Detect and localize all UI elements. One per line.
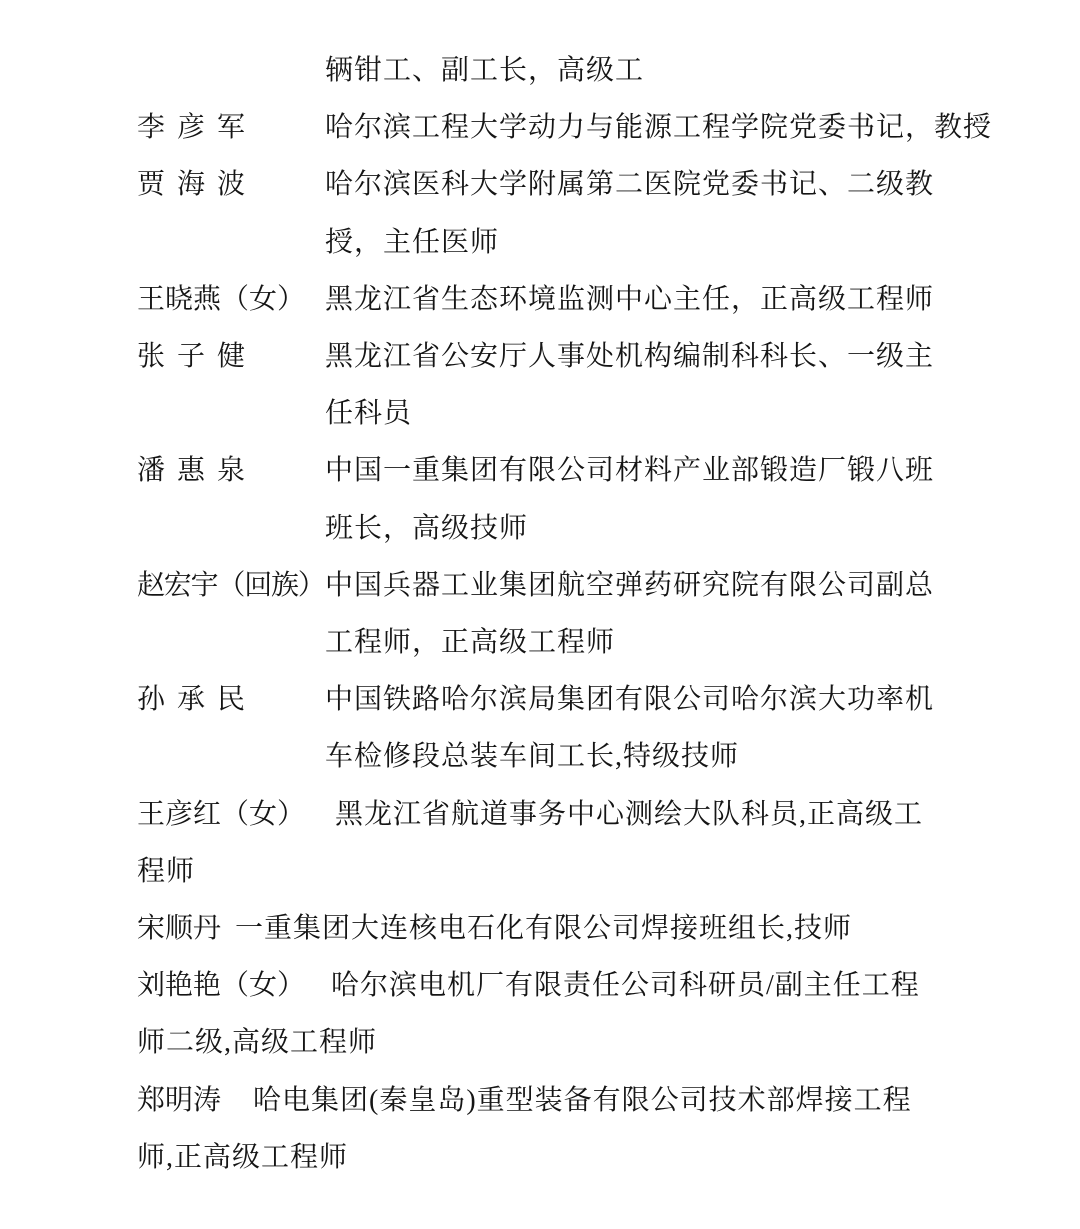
person-title: 车检修段总装车间工长,特级技师	[325, 741, 739, 773]
person-title: 程师	[137, 856, 195, 888]
person-title: 黑龙江省生态环境监测中心主任，正高级工程师	[325, 284, 934, 316]
person-entry-row: 张子健 黑龙江省公安厅人事处机构编制科科长、一级主	[137, 341, 934, 373]
person-name: 王彦红（女）	[137, 799, 305, 831]
person-title: 班长，高级技师	[325, 513, 528, 545]
person-title: 哈尔滨工程大学动力与能源工程学院党委书记，教授	[325, 112, 992, 144]
person-entry-row: 赵宏宇（回族） 中国兵器工业集团航空弹药研究院有限公司副总	[137, 570, 934, 602]
continuation-row: 辆钳工、副工长，高级工	[325, 55, 644, 87]
person-title: 中国铁路哈尔滨局集团有限公司哈尔滨大功率机	[325, 684, 934, 716]
continuation-row: 工程师，正高级工程师	[325, 627, 615, 659]
person-name: 宋顺丹	[137, 913, 221, 945]
person-entry-row: 王彦红（女） 黑龙江省航道事务中心测绘大队科员,正高级工	[137, 799, 923, 831]
person-name: 孙承民	[137, 684, 325, 716]
continuation-row: 任科员	[325, 398, 412, 430]
person-entry-row: 王晓燕（女） 黑龙江省生态环境监测中心主任，正高级工程师	[137, 284, 934, 316]
person-title: 中国兵器工业集团航空弹药研究院有限公司副总	[325, 570, 934, 602]
person-entry-row: 刘艳艳（女） 哈尔滨电机厂有限责任公司科研员/副主任工程	[137, 970, 920, 1002]
person-title: 工程师，正高级工程师	[325, 627, 615, 659]
continuation-row: 程师	[137, 856, 195, 888]
person-entry-row: 贾海波 哈尔滨医科大学附属第二医院党委书记、二级教	[137, 169, 934, 201]
person-title: 授，主任医师	[325, 227, 499, 259]
person-entry-row: 宋顺丹 一重集团大连核电石化有限公司焊接班组长,技师	[137, 913, 852, 945]
person-name: 贾海波	[137, 169, 325, 201]
person-title: 中国一重集团有限公司材料产业部锻造厂锻八班	[325, 455, 934, 487]
person-entry-row: 孙承民 中国铁路哈尔滨局集团有限公司哈尔滨大功率机	[137, 684, 934, 716]
person-entry-row: 郑明涛 哈电集团(秦皇岛)重型装备有限公司技术部焊接工程	[137, 1085, 912, 1117]
person-title: 一重集团大连核电石化有限公司焊接班组长,技师	[235, 913, 852, 945]
person-entry-row: 潘惠泉 中国一重集团有限公司材料产业部锻造厂锻八班	[137, 455, 934, 487]
continuation-row: 师二级,高级工程师	[137, 1027, 377, 1059]
person-title: 辆钳工、副工长，高级工	[325, 55, 644, 87]
person-name: 李彦军	[137, 112, 325, 144]
person-title: 黑龙江省航道事务中心测绘大队科员,正高级工	[335, 799, 923, 831]
person-title: 师二级,高级工程师	[137, 1027, 377, 1059]
person-name: 张子健	[137, 341, 325, 373]
person-title: 任科员	[325, 398, 412, 430]
continuation-row: 班长，高级技师	[325, 513, 528, 545]
continuation-row: 车检修段总装车间工长,特级技师	[325, 741, 739, 773]
person-name: 郑明涛	[137, 1085, 221, 1117]
person-title: 哈尔滨医科大学附属第二医院党委书记、二级教	[325, 169, 934, 201]
person-title: 哈电集团(秦皇岛)重型装备有限公司技术部焊接工程	[253, 1085, 912, 1117]
document-page: 辆钳工、副工长，高级工 李彦军 哈尔滨工程大学动力与能源工程学院党委书记，教授 …	[0, 0, 1080, 1229]
continuation-row: 授，主任医师	[325, 227, 499, 259]
continuation-row: 师,正高级工程师	[137, 1142, 348, 1174]
person-title: 黑龙江省公安厅人事处机构编制科科长、一级主	[325, 341, 934, 373]
person-name: 赵宏宇（回族）	[137, 570, 325, 602]
person-name: 王晓燕（女）	[137, 284, 325, 316]
person-entry-row: 李彦军 哈尔滨工程大学动力与能源工程学院党委书记，教授	[137, 112, 992, 144]
person-title: 哈尔滨电机厂有限责任公司科研员/副主任工程	[331, 970, 920, 1002]
person-name: 潘惠泉	[137, 455, 325, 487]
person-title: 师,正高级工程师	[137, 1142, 348, 1174]
person-name: 刘艳艳（女）	[137, 970, 305, 1002]
